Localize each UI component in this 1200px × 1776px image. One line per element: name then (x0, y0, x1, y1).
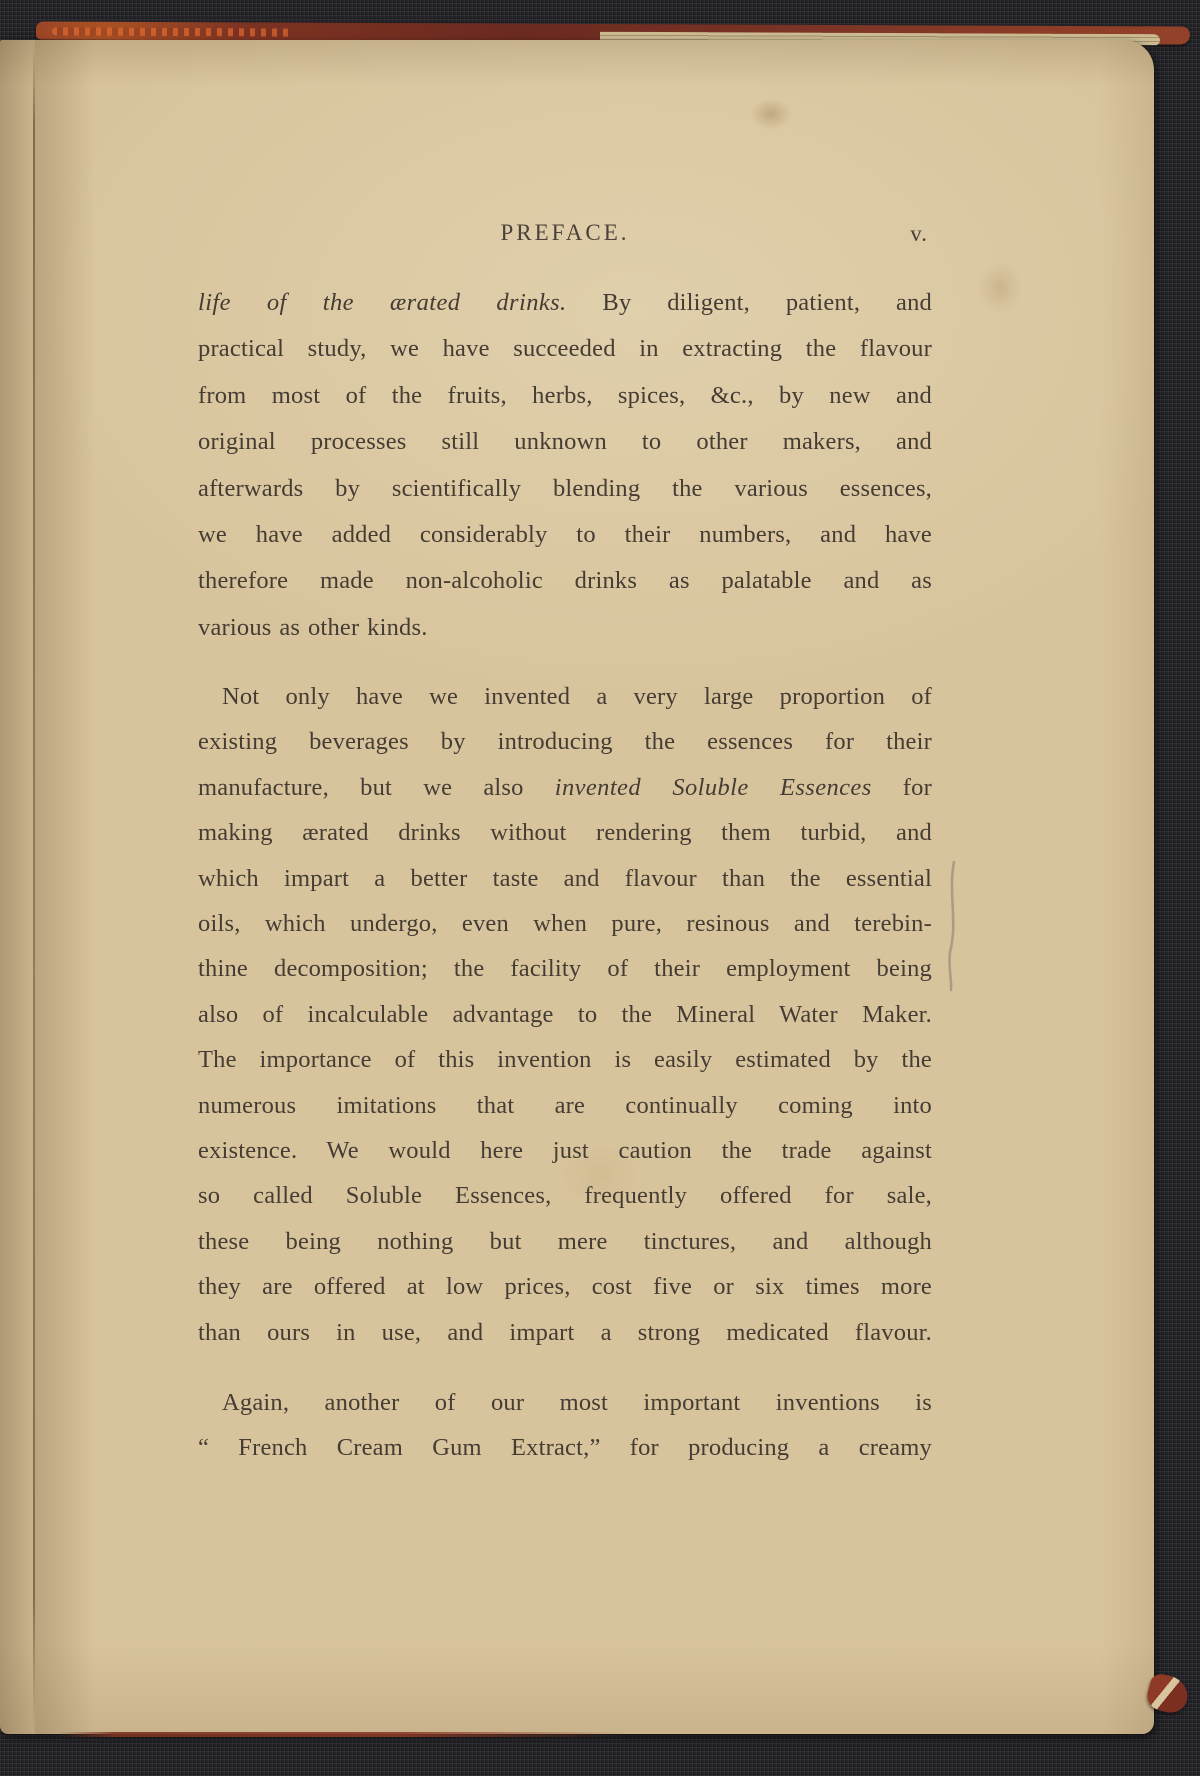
text-segment: Not only have we invented a very large p… (222, 683, 932, 710)
text-segment: life of the ærated drinks. (198, 289, 567, 316)
text-line: so called Soluble Essences, frequently o… (198, 1173, 932, 1218)
text-segment: Again, another of our most important inv… (222, 1389, 932, 1416)
text-line: they are offered at low prices, cost fiv… (198, 1264, 932, 1309)
text-segment: manufacture, but we also (198, 774, 555, 801)
text-line: life of the ærated drinks. By diligent, … (198, 280, 932, 326)
text-line: therefore made non-alcoholic drinks as p… (198, 558, 932, 604)
text-line: existence. We would here just caution th… (198, 1128, 932, 1173)
page-header: PREFACE. v. (198, 220, 932, 264)
text-line: numerous imitations that are continually… (198, 1083, 932, 1128)
paragraph: Again, another of our most important inv… (198, 1380, 932, 1470)
text-line: oils, which undergo, even when pure, res… (198, 901, 932, 946)
text-line: manufacture, but we also invented Solubl… (198, 765, 932, 810)
paper-stain (968, 250, 1032, 326)
text-segment: thine decomposition; the facility of the… (198, 955, 932, 982)
text-segment: “ French Cream Gum Extract,” for produci… (198, 1434, 932, 1461)
text-segment: The importance of this invention is easi… (198, 1046, 932, 1073)
text-line: making ærated drinks without rendering t… (198, 810, 932, 855)
text-segment: practical study, we have succeeded in ex… (198, 335, 932, 362)
text-segment: for (872, 774, 932, 801)
text-line: thine decomposition; the facility of the… (198, 946, 932, 991)
text-line: than ours in use, and impart a strong me… (198, 1310, 932, 1355)
page-title: PREFACE. (198, 220, 932, 246)
text-segment: existence. We would here just caution th… (198, 1137, 932, 1164)
text-line: original processes still unknown to othe… (198, 419, 932, 465)
text-segment: we have added considerably to their numb… (198, 521, 932, 548)
text-segment: numerous imitations that are continually… (198, 1092, 932, 1119)
text-segment: which impart a better taste and flavour … (198, 865, 932, 892)
gutter-shading (35, 40, 95, 1734)
text-line: “ French Cream Gum Extract,” for produci… (198, 1425, 932, 1470)
text-line: Not only have we invented a very large p… (198, 674, 932, 719)
text-segment: also of incalculable advantage to the Mi… (198, 1001, 932, 1028)
gutter-crease-line (33, 42, 35, 1732)
text-segment: various as other kinds. (198, 614, 428, 641)
text-segment: making ærated drinks without rendering t… (198, 819, 932, 846)
text-line: these being nothing but mere tinctures, … (198, 1219, 932, 1264)
text-line: we have added considerably to their numb… (198, 512, 932, 558)
paper-stain (742, 92, 800, 136)
text-segment: than ours in use, and impart a strong me… (198, 1319, 932, 1346)
text-segment: these being nothing but mere tinctures, … (198, 1228, 932, 1255)
paragraph: life of the ærated drinks. By diligent, … (198, 280, 932, 651)
text-segment: By diligent, patient, and (567, 289, 932, 316)
text-line: existing beverages by introducing the es… (198, 719, 932, 764)
text-segment: oils, which undergo, even when pure, res… (198, 910, 932, 937)
paragraph: Not only have we invented a very large p… (198, 674, 932, 1355)
text-line: from most of the fruits, herbs, spices, … (198, 373, 932, 419)
text-segment: from most of the fruits, herbs, spices, … (198, 382, 932, 409)
text-line: afterwards by scientifically blending th… (198, 466, 932, 512)
text-line: which impart a better taste and flavour … (198, 856, 932, 901)
cover-edge-wear-highlight (52, 27, 292, 36)
text-line: Again, another of our most important inv… (198, 1380, 932, 1425)
text-line: The importance of this invention is easi… (198, 1037, 932, 1082)
pencil-margin-mark-icon (938, 852, 968, 1002)
page-number: v. (910, 221, 928, 247)
text-segment: so called Soluble Essences, frequently o… (198, 1182, 932, 1209)
cover-bottom-edge-sliver (58, 1732, 628, 1737)
text-line: practical study, we have succeeded in ex… (198, 326, 932, 372)
text-segment: invented Soluble Essences (555, 774, 872, 801)
text-segment: they are offered at low prices, cost fiv… (198, 1273, 932, 1300)
text-segment: existing beverages by introducing the es… (198, 728, 932, 755)
text-line: also of incalculable advantage to the Mi… (198, 992, 932, 1037)
text-segment: afterwards by scientifically blending th… (198, 475, 932, 502)
text-segment: therefore made non-alcoholic drinks as p… (198, 567, 932, 594)
text-segment: original processes still unknown to othe… (198, 428, 932, 455)
text-line: various as other kinds. (198, 605, 932, 651)
